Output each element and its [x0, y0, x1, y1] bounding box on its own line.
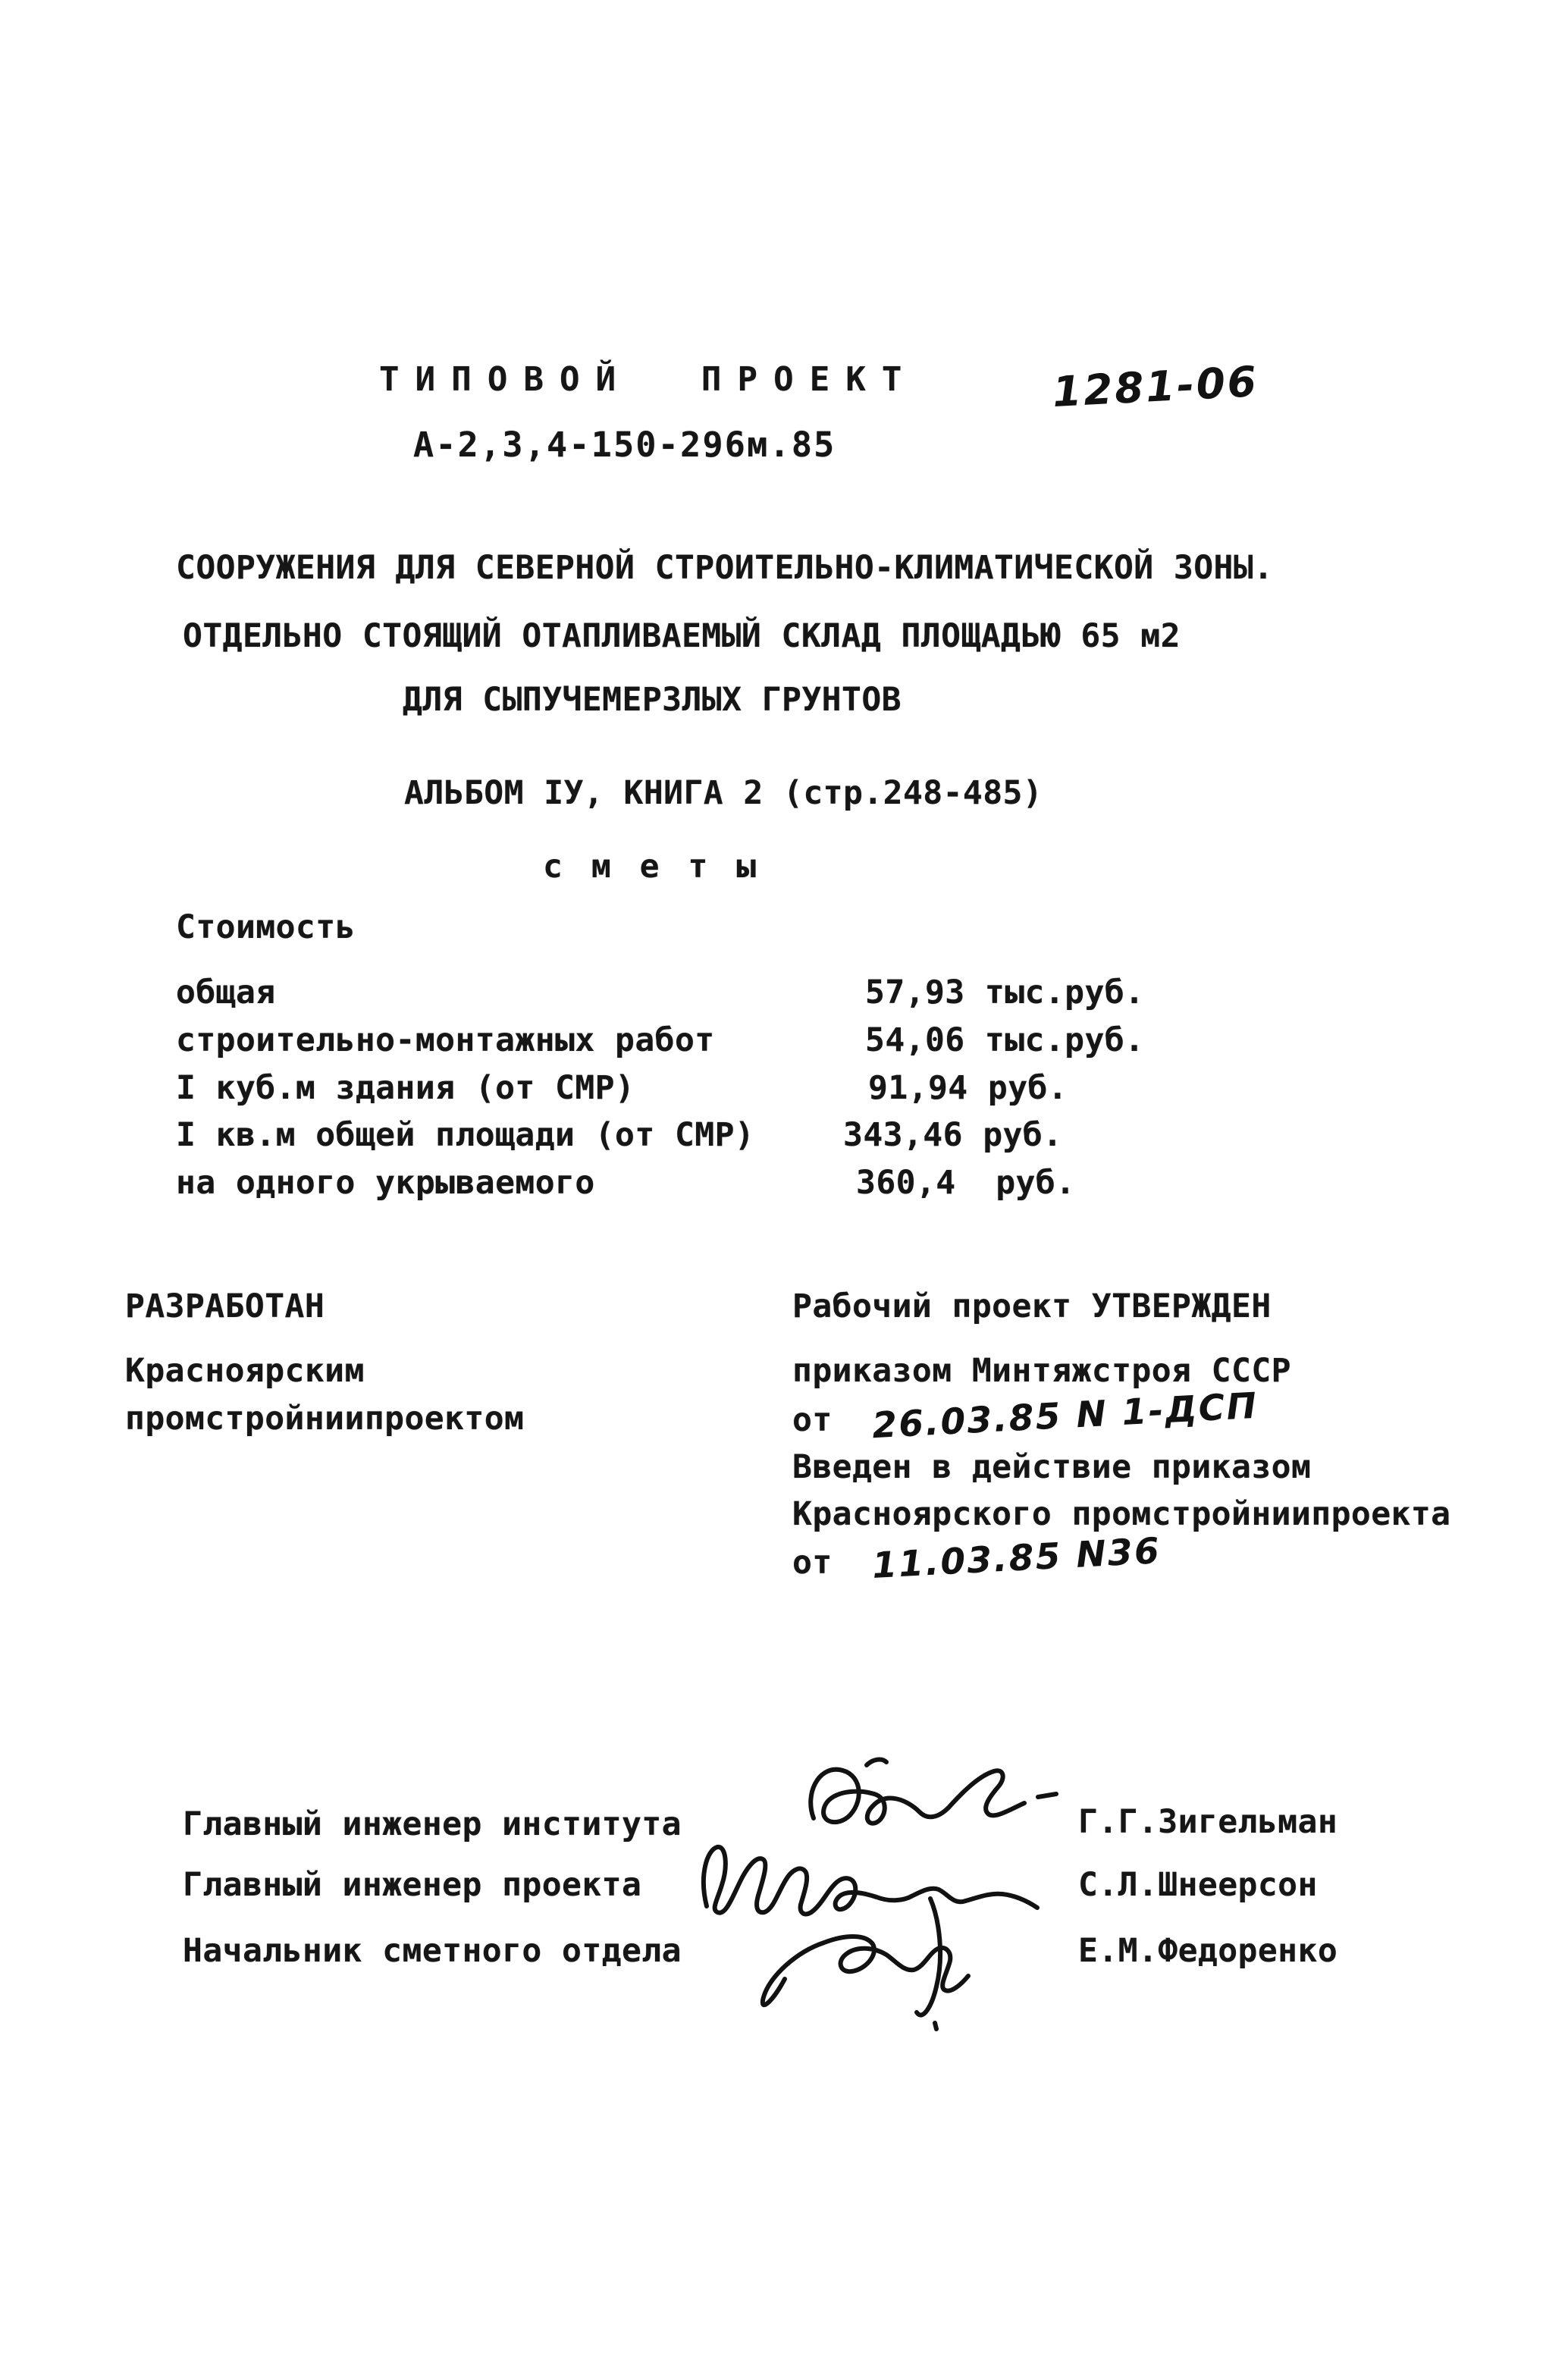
- approval-enact-from-label: от: [792, 1545, 833, 1581]
- signatory-name: С.Л.Шнеерсон: [1078, 1868, 1318, 1903]
- series-code: А-2,3,4-150-296м.85: [413, 426, 836, 464]
- handwritten-enact-date-number: 11.03.85 N36: [871, 1530, 1162, 1587]
- approval-order-from-label: от: [792, 1403, 833, 1438]
- approval-status-line: Рабочий проект УТВЕРЖДЕН: [792, 1289, 1272, 1325]
- developed-line-2: промстройниипроектом: [125, 1401, 524, 1437]
- scanned-document-page: ТИПОВОЙ ПРОЕКТ 1281-06 А-2,3,4-150-296м.…: [0, 0, 1568, 2374]
- cost-row-value: 91,94 руб.: [868, 1071, 1068, 1106]
- subject-line-1: СООРУЖЕНИЯ ДЛЯ СЕВЕРНОЙ СТРОИТЕЛЬНО-КЛИМ…: [176, 550, 1274, 586]
- developed-heading: РАЗРАБОТАН: [125, 1289, 325, 1325]
- handwritten-project-number: 1281-06: [1052, 357, 1260, 416]
- album-subtitle: с м е т ы: [543, 849, 760, 885]
- approval-enacted-line: Введен в действие приказом: [792, 1450, 1311, 1485]
- cost-row-label: I кв.м общей площади (от СМР): [176, 1118, 754, 1153]
- signature-zigelman: [800, 1753, 1058, 1836]
- cost-row-label: I куб.м здания (от СМР): [176, 1071, 635, 1106]
- cost-row-label: на одного укрываемого: [176, 1165, 595, 1201]
- cost-row-value: 57,93 тыс.руб.: [865, 975, 1144, 1011]
- signatory-position: Начальник сметного отдела: [183, 1933, 682, 1969]
- handwritten-order-date-number: 26.03.85 N 1-ДСП: [871, 1385, 1259, 1447]
- developed-line-1: Красноярским: [125, 1353, 365, 1389]
- signatory-name: Е.М.Федоренко: [1078, 1933, 1338, 1969]
- cost-row-value: 343,46 руб.: [843, 1118, 1063, 1153]
- album-line: АЛЬБОМ IУ, КНИГА 2 (стр.248-485): [404, 776, 1043, 811]
- cost-row-label: строительно-монтажных работ: [176, 1023, 715, 1058]
- signature-fedorenko: [754, 1889, 974, 2034]
- signatory-position: Главный инженер проекта: [183, 1868, 641, 1903]
- approval-enacted-by-line: Красноярского промстройниипроекта: [792, 1497, 1451, 1532]
- cost-row-value: 54,06 тыс.руб.: [865, 1023, 1144, 1058]
- signatory-name: Г.Г.Зигельман: [1078, 1805, 1338, 1840]
- approval-order-line: приказом Минтяжстроя СССР: [792, 1353, 1291, 1389]
- cost-heading: Стоимость: [176, 910, 356, 946]
- cost-row-label: общая: [176, 975, 276, 1011]
- signatory-position: Главный инженер института: [183, 1807, 682, 1842]
- subject-line-2: ОТДЕЛЬНО СТОЯЩИЙ ОТАПЛИВАЕМЫЙ СКЛАД ПЛОЩ…: [183, 619, 1181, 654]
- cost-row-value: 360,4 руб.: [856, 1165, 1076, 1201]
- subject-line-3: ДЛЯ СЫПУЧЕМЕРЗЛЫХ ГРУНТОВ: [403, 682, 902, 718]
- document-title: ТИПОВОЙ ПРОЕКТ: [379, 362, 918, 398]
